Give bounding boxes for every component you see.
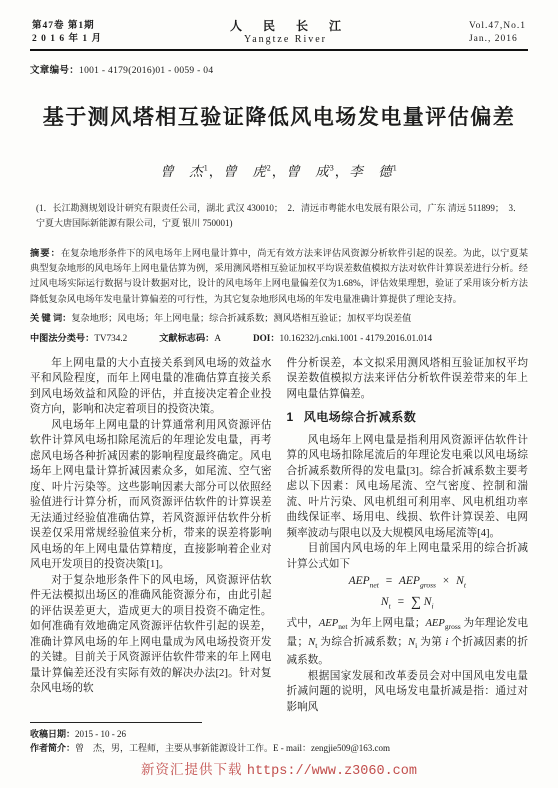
body-paragraph: 风电场年上网电量的计算通常利用风资源评估软件计算风电场扣除尾流后的年理论发电量，… bbox=[30, 418, 272, 573]
keywords-label: 关 键 词： bbox=[30, 313, 71, 323]
author-bio: 作者简介：曾 杰，男，工程师，主要从事新能源设计工作。E - mail：zeng… bbox=[30, 741, 528, 755]
author: 曾 成 bbox=[286, 164, 330, 179]
header-rule bbox=[30, 49, 528, 51]
section-title: 风电场综合折减系数 bbox=[304, 410, 417, 424]
author-affil-mark: 1 bbox=[393, 164, 398, 173]
date-cn: 2 0 1 6 年 1 月 bbox=[32, 33, 102, 46]
clc-number: 中图法分类号：TV734.2 bbox=[30, 330, 127, 344]
article-number: 文章编号：1001 - 4179(2016)01 - 0059 - 04 bbox=[30, 62, 528, 76]
section-number: 1 bbox=[287, 410, 294, 424]
keywords: 关 键 词：复杂地形；风电场；年上网电量；综合折减系数；测风塔相互验证；加权平均… bbox=[30, 311, 528, 326]
keywords-text: 复杂地形；风电场；年上网电量；综合折减系数；测风塔相互验证；加权平均误差值 bbox=[71, 313, 411, 323]
date-en: Jan., 2016 bbox=[469, 33, 526, 46]
article-number-value: 1001 - 4179(2016)01 - 0059 - 04 bbox=[79, 66, 213, 76]
journal-name: 人 民 长 江 Yangtze River bbox=[221, 20, 350, 46]
issue-info: 第47卷 第1期 2 0 1 6 年 1 月 bbox=[32, 20, 102, 46]
article-number-label: 文章编号： bbox=[30, 66, 79, 76]
footnote-block: 收稿日期：2015 - 10 - 26 作者简介：曾 杰，男，工程师，主要从事新… bbox=[30, 722, 528, 755]
author: 曾 虎 bbox=[223, 164, 267, 179]
authors-line: 曾 杰1，曾 虎2，曾 成3，李 德1 bbox=[30, 160, 528, 180]
author: 李 德 bbox=[349, 164, 393, 179]
doi: DOI：10.16232/j.cnki.1001 - 4179.2016.01.… bbox=[253, 330, 432, 344]
body-paragraph: 根据国家发展和改革委员会对中国风电发电量折减问题的说明，风电场发电量折减是指：通… bbox=[287, 669, 529, 716]
paper-page: 第47卷 第1期 2 0 1 6 年 1 月 人 民 长 江 Yangtze R… bbox=[0, 0, 558, 788]
footnote-rule bbox=[30, 722, 202, 723]
affiliations: (1．长江勘测规划设计研究有限责任公司，湖北 武汉 430010； 2．清远市粤… bbox=[36, 201, 522, 231]
abstract: 摘要：在复杂地形条件下的风电场年上网电量计算中，尚无有效方法来评估风资源分析软件… bbox=[30, 246, 528, 307]
right-column: 件分析误差，本文拟采用测风塔相互验证加权平均误差数值模拟方法来评估分析软件误差带… bbox=[287, 356, 529, 715]
document-code: 文献标志码：A bbox=[159, 330, 221, 344]
body-paragraph: 风电场年上网电量是指利用风资源评估软件计算的风电场扣除尾流后的年理论发电乘以风电… bbox=[287, 433, 529, 542]
watermark-text: 新资汇提供下载 bbox=[141, 762, 243, 777]
classification-line: 中图法分类号：TV734.2 文献标志码：A DOI：10.16232/j.cn… bbox=[30, 330, 528, 344]
formula-explanation: 式中，AEPnet 为年上网电量；AEPgross 为年理论发电量；Nt 为综合… bbox=[287, 616, 529, 669]
formula-aep-net: AEPnet = AEPgross × Nt bbox=[287, 574, 529, 593]
body-paragraph: 对于复杂地形条件下的风电场，风资源评估软件无法模拟出场区的准确风能资源分布，由此… bbox=[30, 573, 272, 697]
received-date: 收稿日期：2015 - 10 - 26 bbox=[30, 727, 528, 741]
abstract-label: 摘要： bbox=[30, 248, 61, 258]
section-heading: 1风电场综合折减系数 bbox=[287, 410, 529, 426]
article-body: 年上网电量的大小直接关系到风电场的效益水平和风险程度，而年上网电量的准确估算直接… bbox=[30, 356, 528, 715]
body-paragraph: 年上网电量的大小直接关系到风电场的效益水平和风险程度，而年上网电量的准确估算直接… bbox=[30, 356, 272, 418]
journal-name-en: Yangtze River bbox=[221, 33, 350, 46]
body-paragraph: 目前国内风电场的年上网电量采用的综合折减计算公式如下 bbox=[287, 541, 529, 572]
volume-issue-en: Vol.47,No.1 bbox=[469, 20, 526, 33]
watermark: 新资汇提供下载 https://www.z3060.com bbox=[0, 758, 558, 779]
abstract-text: 在复杂地形条件下的风电场年上网电量计算中，尚无有效方法来评估风资源分析软件引起的… bbox=[30, 248, 528, 304]
paper-title: 基于测风塔相互验证降低风电场发电量评估偏差 bbox=[30, 101, 528, 131]
author: 曾 杰 bbox=[160, 164, 204, 179]
volume-issue-cn: 第47卷 第1期 bbox=[32, 20, 102, 33]
sigma-symbol: ∑ bbox=[411, 595, 421, 610]
volume-info-en: Vol.47,No.1 Jan., 2016 bbox=[469, 20, 526, 46]
left-column: 年上网电量的大小直接关系到风电场的效益水平和风险程度，而年上网电量的准确估算直接… bbox=[30, 356, 272, 715]
watermark-url: https://www.z3060.com bbox=[247, 764, 417, 779]
formula-n-total: Nt = ∑ Ni bbox=[287, 595, 529, 614]
body-paragraph-continuation: 件分析误差，本文拟采用测风塔相互验证加权平均误差数值模拟方法来评估分析软件误差带… bbox=[287, 356, 529, 403]
journal-header: 第47卷 第1期 2 0 1 6 年 1 月 人 民 长 江 Yangtze R… bbox=[30, 20, 528, 46]
journal-name-cn: 人 民 长 江 bbox=[230, 20, 350, 33]
